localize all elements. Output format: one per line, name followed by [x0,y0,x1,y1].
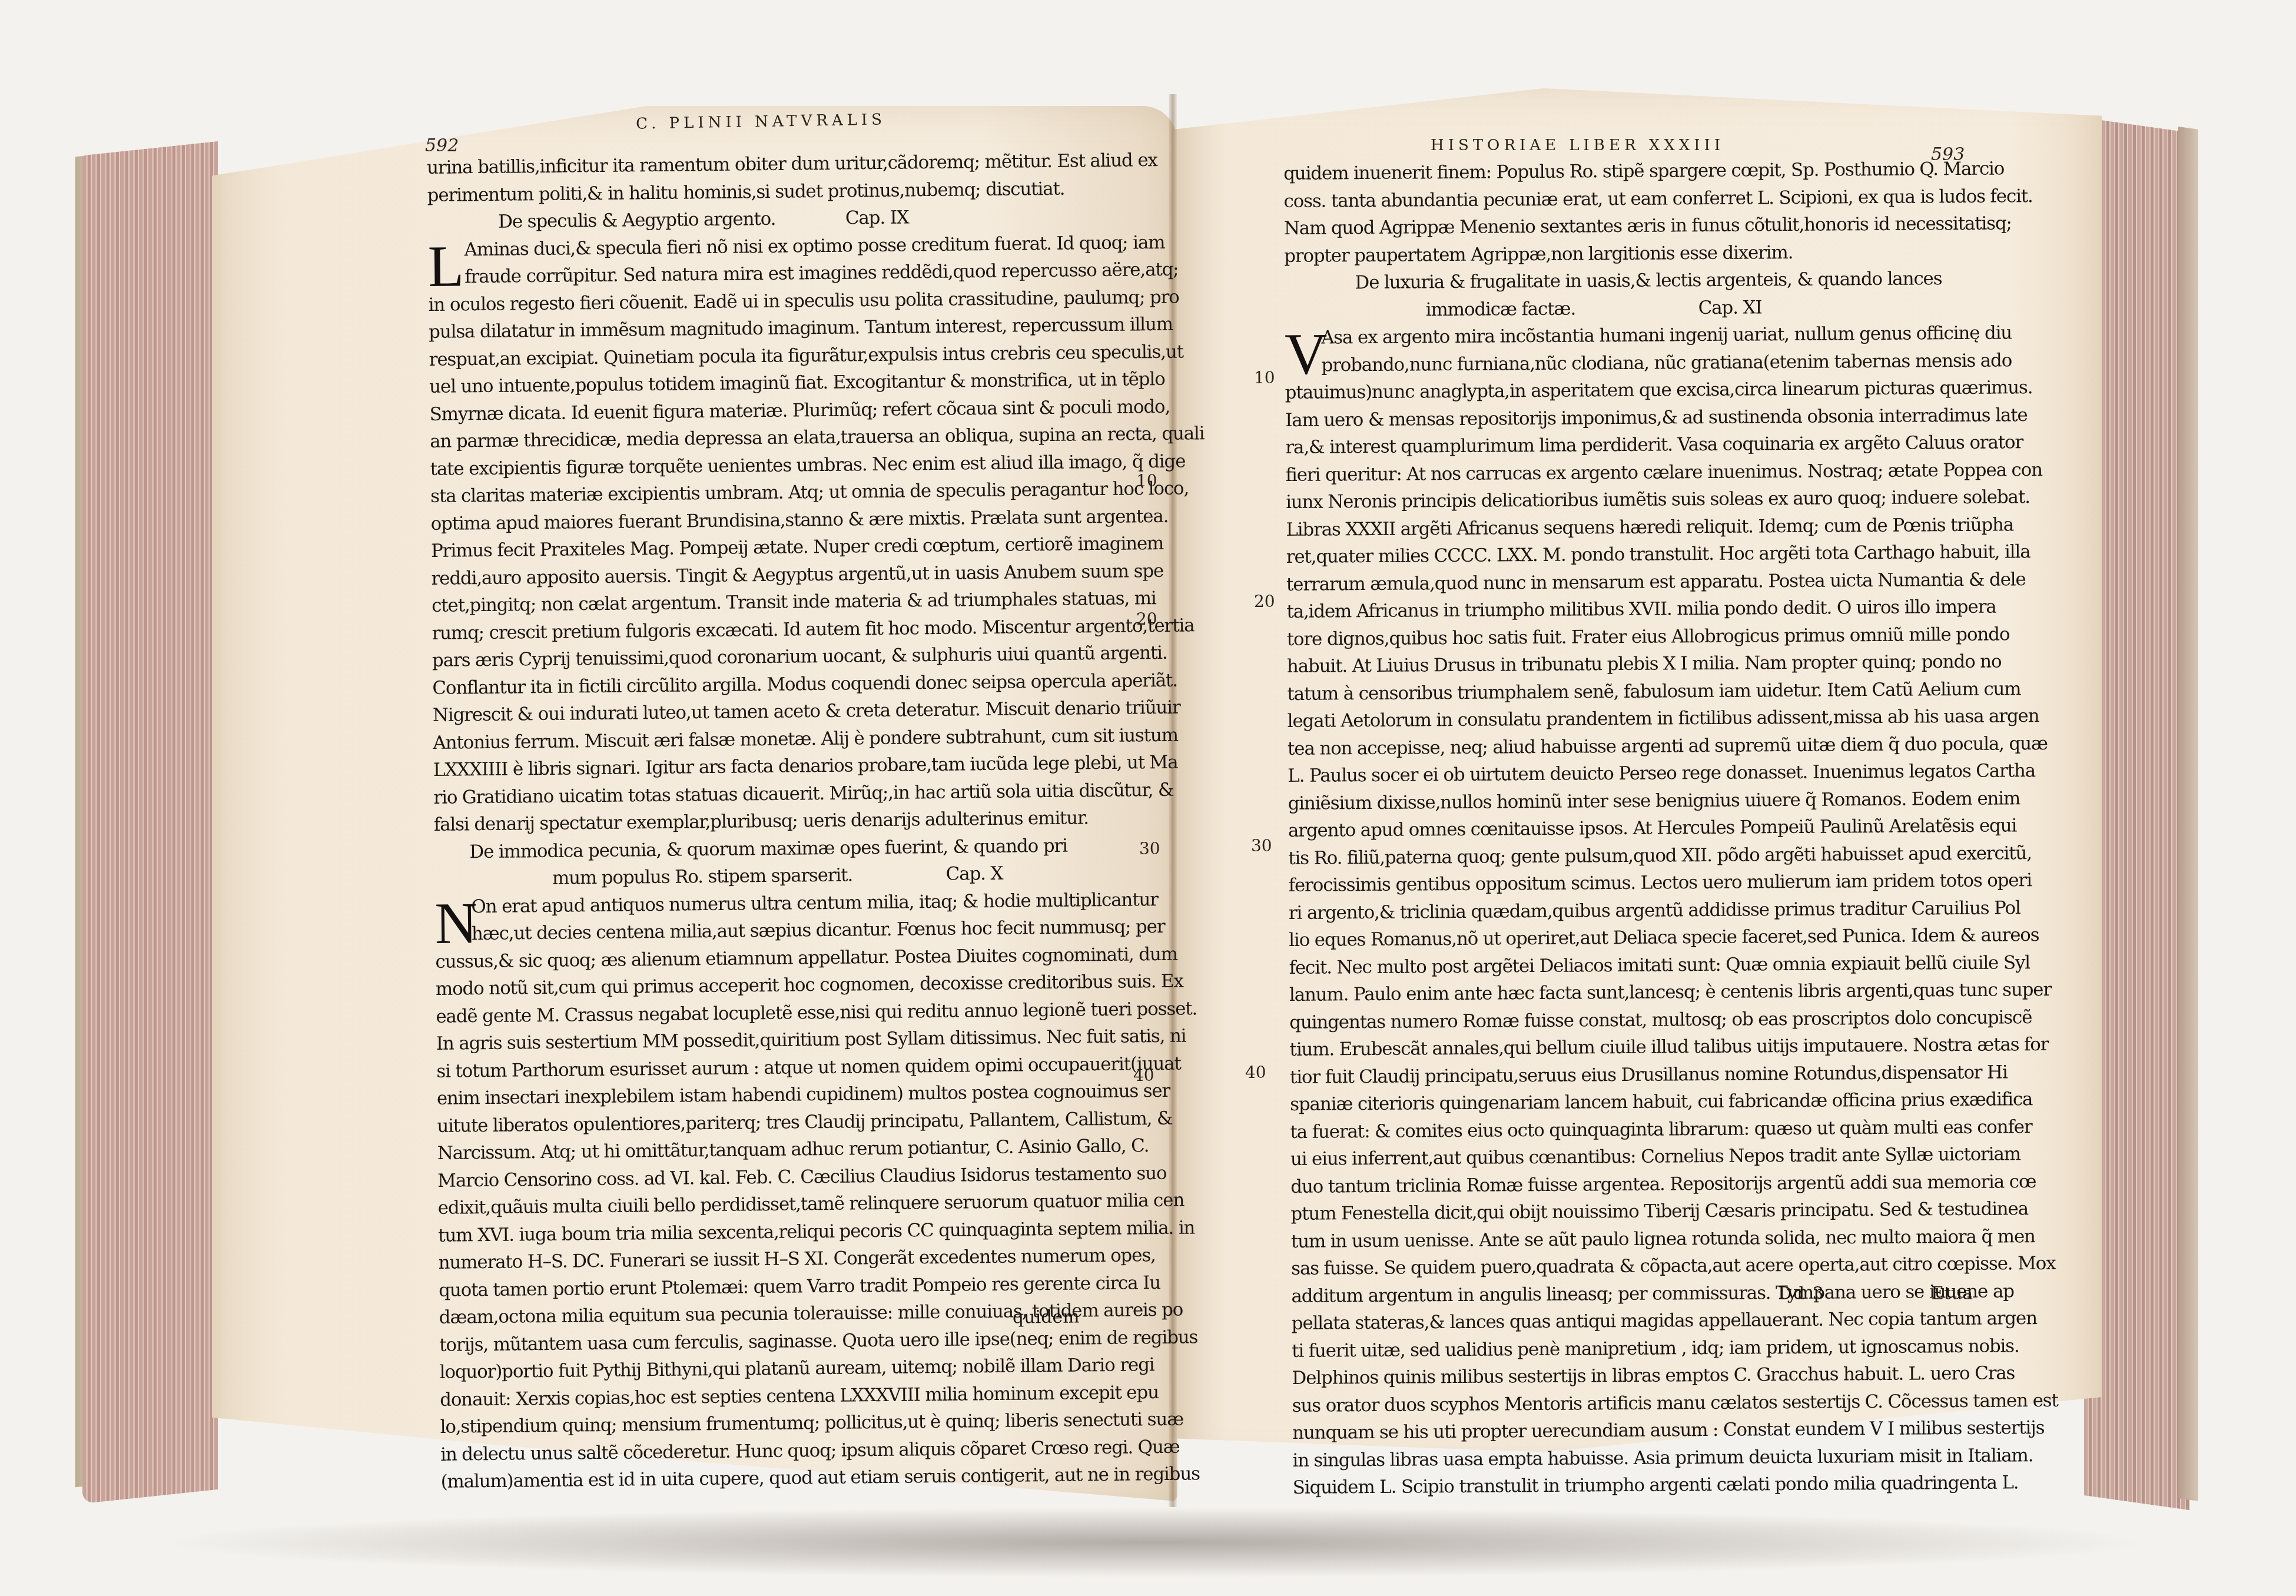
text-line: L. Paulus socer ei ob uirtutem deuicto P… [1288,758,1976,790]
cap-label: Cap. [946,863,986,885]
text-line: additum argentum in angulis lineasq; per… [1291,1278,1980,1310]
text-line: fieri queritur: At nos carrucas ex argen… [1286,456,1975,489]
text-line: probando,nunc furniana,nũc clodiana, nũc… [1285,347,1973,379]
text-line: ui eius inferrent,aut quibus cœnantibus:… [1290,1141,1979,1173]
text-line: lanum. Paulo enim ante hæc facta sunt,la… [1289,977,1978,1009]
line-number: 10 [1136,471,1157,490]
text-line: tis Ro. filiũ,paterna quoq; gente pulsum… [1288,840,1977,872]
catchword-right: Etua [1931,1283,1973,1304]
chapter-title: mum populus Ro. stipem sparserit. [552,864,853,888]
text-line: in singulas libras uasa empta habuisse. … [1292,1442,1981,1474]
cap-label: Cap. [1698,297,1738,318]
text-line: ta,idem Africanus in triumpho militibus … [1286,593,1975,626]
text-line: lio eques Romanus,nõ ut operiret,aut Del… [1289,922,1978,954]
text-line: tatum à censoribus triumphalem senẽ, fab… [1287,675,1976,708]
text-line: coss. tanta abundantia pecuniæ erat, ut … [1283,183,1972,215]
catchword-left: quidem [1013,1306,1080,1328]
line-number: 30 [1251,836,1272,855]
text-line: sas fuisse. Se quidem puero,quadrata & c… [1291,1250,1980,1283]
text-line [1293,1497,1982,1529]
line-number: 40 [1245,1063,1266,1082]
running-head-right: HISTORIAE LIBER XXXIII [1431,137,1724,154]
text-line: propter paupertatem Agrippæ,non largitio… [1284,237,1973,270]
text-line: fecit. Nec multo post argẽtei Deliacos i… [1289,949,1978,981]
text-line: ri argento,& triclinia quædam,quibus arg… [1289,894,1978,927]
line-number: 20 [1136,609,1157,629]
folio-left: 592 [425,135,459,156]
drop-initial: V [1285,327,1327,380]
text-line: ta fuerat: & comites eius octo quinquagi… [1290,1113,1979,1146]
text-line: ptum Fenestella dicit,qui obijt nouissim… [1290,1196,1979,1228]
text-line: Delphinos quinis milibus sestertijs in l… [1292,1360,1980,1392]
line-number: 40 [1133,1066,1154,1085]
text-line: tium. Erubescãt annales,qui bellum ciuil… [1289,1031,1978,1064]
text-line: Siquidem L. Scipio transtulit in triumph… [1293,1469,1982,1502]
text-line: tea non accepisse, neq; aliud habuisse a… [1288,730,1976,762]
line-number: 20 [1254,592,1275,611]
text-line: spaniæ citerioris quingenariam lancem ha… [1290,1086,1979,1119]
left-fore-edge [82,141,218,1504]
cap-number: XI [1743,297,1761,318]
cap-number: IX [890,207,908,228]
text-line: V Asa ex argento mira incõstantia humani… [1285,320,1973,352]
text-line: legati Aetolorum in consulatu prandentem… [1287,703,1976,735]
text-line: tum in usum uenisse. Ante se aũt paulo l… [1291,1223,1980,1255]
text-line: tior fuit Claudij principatu,seruus eius… [1290,1059,1979,1091]
text-line: quingentas numero Romæ fuisse constat, m… [1289,1004,1978,1036]
text-line: giniẽsium dixisse,nullos hominũ inter se… [1288,785,1976,817]
line-number: 10 [1254,368,1275,387]
cap-label: Cap. [845,207,885,229]
text-line-content: Asa ex argento mira incõstantia humani i… [1321,322,2012,348]
text-line: Nam quod Agrippæ Menenio sextantes æris … [1284,210,1973,243]
text-line: argento apud omnes cœnitauisse ipsos. At… [1288,812,1977,845]
chapter-heading-11-line1: De luxuria & frugalitate in uasis,& lect… [1284,265,1973,297]
chapter-heading-11-line2: immodicæ factæ. Cap. XI [1285,292,1973,324]
text-line: pellata stateras,& lances quas antiqui m… [1292,1305,1980,1338]
text-line-content: Aminas duci,& specula fieri nõ nisi ex o… [464,231,1165,260]
text-line: quidem inuenerit finem: Populus Ro. stip… [1283,155,1972,188]
text-line: ret,quater milies CCCC. LXX. M. pondo tr… [1286,539,1975,571]
drop-initial: N [434,897,477,950]
line-number: 30 [1139,839,1160,858]
chapter-title: immodicæ factæ. [1426,298,1575,320]
drop-initial: L [428,240,464,293]
left-text-column: urina batillis,inficitur ita ramentum ob… [427,147,1147,1495]
right-cover-edge [2178,127,2198,1501]
right-text-column: quidem inuenerit finem: Populus Ro. stip… [1283,155,1982,1529]
signature-mark: Dd 3 [1778,1283,1825,1304]
text-line: nunquam se his uti propter uerecundiam a… [1292,1415,1981,1447]
cap-number: X [990,863,1003,884]
text-line: duo tantum triclinia Romæ fuisse argente… [1290,1168,1979,1200]
text-line: ferocissimis gentibus oppositum scimus. … [1288,867,1977,900]
text-line-content: On erat apud antiquos numerus ultra cent… [471,889,1158,917]
text-line: sus orator duos scyphos Mentoris artific… [1292,1387,1981,1419]
text-line: tore dignos,quibus hoc satis fuit. Frate… [1287,621,1976,653]
text-line: ti fuerit uitæ, sed ualidius penè manipr… [1292,1332,1980,1365]
text-line: iunx Neronis principis delicatioribus iu… [1286,484,1975,516]
text-line: ptauimus)nunc anaglypta,in asperitatem q… [1285,374,1974,407]
text-line: Iam uero & mensas repositorijs imponimus… [1285,402,1974,434]
text-line: Libras XXXII argẽti Africanus sequens hæ… [1286,511,1975,543]
chapter-title: De speculis & Aegyptio argento. [498,208,775,233]
text-line: terrarum æmula,quod nunc in mensarum est… [1286,566,1975,598]
text-line: ra,& interest quamplurimum lima perdider… [1285,429,1974,462]
text-line: habuit. At Liuius Drusus in tribunatu pl… [1287,648,1976,681]
